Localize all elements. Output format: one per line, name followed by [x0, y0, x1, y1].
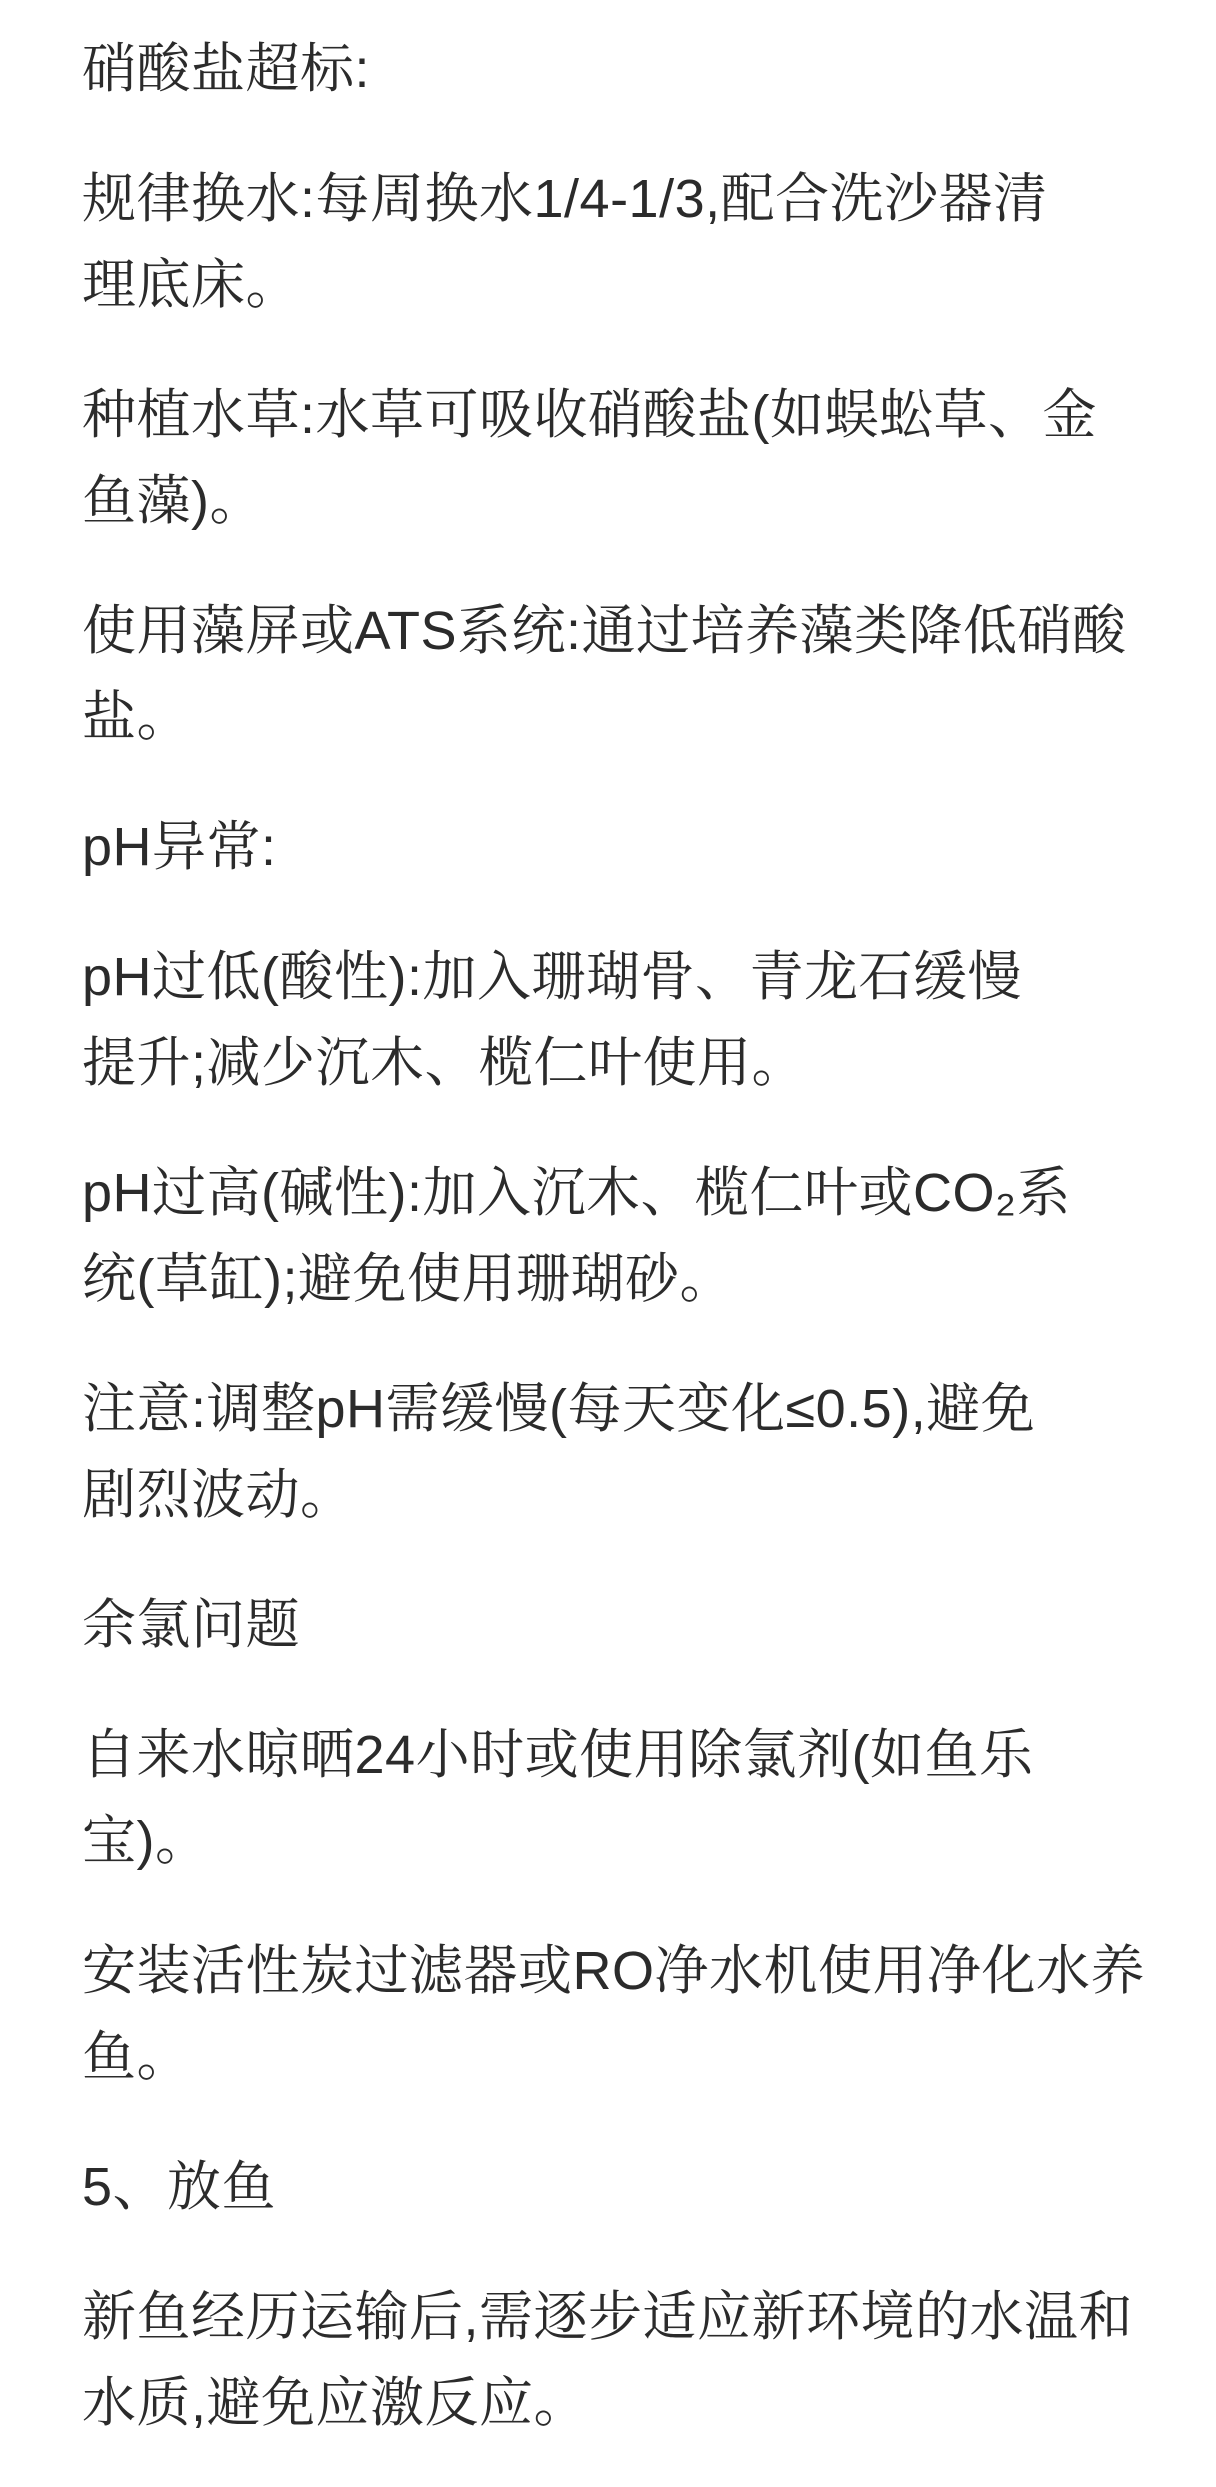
paragraph-line: 水质,避免应激反应。: [82, 2360, 1160, 2446]
paragraph-carbon-filter: 安装活性炭过滤器或RO净水机使用净化水养 鱼。: [82, 1928, 1160, 2100]
paragraph-water-change: 规律换水:每周换水1/4-1/3,配合洗沙器清 理底床。: [82, 156, 1160, 328]
paragraph-line: 自来水晾晒24小时或使用除氯剂(如鱼乐: [82, 1712, 1160, 1798]
paragraph-line: 鱼藻)。: [82, 458, 1160, 544]
article-content: 硝酸盐超标: 规律换水:每周换水1/4-1/3,配合洗沙器清 理底床。 种植水草…: [0, 0, 1216, 2446]
paragraph-line: 硝酸盐超标:: [82, 26, 1160, 112]
paragraph-line: 注意:调整pH需缓慢(每天变化≤0.5),避免: [82, 1366, 1160, 1452]
paragraph-tap-water: 自来水晾晒24小时或使用除氯剂(如鱼乐 宝)。: [82, 1712, 1160, 1884]
paragraph-ats-system: 使用藻屏或ATS系统:通过培养藻类降低硝酸 盐。: [82, 588, 1160, 760]
paragraph-line: 提升;减少沉木、榄仁叶使用。: [82, 1020, 1160, 1106]
paragraph-line: pH异常:: [82, 804, 1160, 890]
paragraph-line: 统(草缸);避免使用珊瑚砂。: [82, 1236, 1160, 1322]
paragraph-line: 新鱼经历运输后,需逐步适应新环境的水温和: [82, 2274, 1160, 2360]
paragraph-ph-high: pH过高(碱性):加入沉木、榄仁叶或CO₂系 统(草缸);避免使用珊瑚砂。: [82, 1150, 1160, 1322]
paragraph-ph-caution: 注意:调整pH需缓慢(每天变化≤0.5),避免 剧烈波动。: [82, 1366, 1160, 1538]
paragraph-line: 剧烈波动。: [82, 1452, 1160, 1538]
paragraph-line: 宝)。: [82, 1798, 1160, 1884]
paragraph-line: 种植水草:水草可吸收硝酸盐(如蜈蚣草、金: [82, 372, 1160, 458]
paragraph-ph-low: pH过低(酸性):加入珊瑚骨、青龙石缓慢 提升;减少沉木、榄仁叶使用。: [82, 934, 1160, 1106]
paragraph-acclimation: 新鱼经历运输后,需逐步适应新环境的水温和 水质,避免应激反应。: [82, 2274, 1160, 2446]
paragraph-line: 安装活性炭过滤器或RO净水机使用净化水养: [82, 1928, 1160, 2014]
paragraph-line: 5、放鱼: [82, 2144, 1160, 2230]
paragraph-add-fish-heading: 5、放鱼: [82, 2144, 1160, 2230]
paragraph-line: 理底床。: [82, 242, 1160, 328]
paragraph-line: pH过高(碱性):加入沉木、榄仁叶或CO₂系: [82, 1150, 1160, 1236]
paragraph-line: 使用藻屏或ATS系统:通过培养藻类降低硝酸: [82, 588, 1160, 674]
paragraph-line: 盐。: [82, 674, 1160, 760]
paragraph-ph-heading: pH异常:: [82, 804, 1160, 890]
paragraph-plants: 种植水草:水草可吸收硝酸盐(如蜈蚣草、金 鱼藻)。: [82, 372, 1160, 544]
paragraph-line: 规律换水:每周换水1/4-1/3,配合洗沙器清: [82, 156, 1160, 242]
paragraph-line: 鱼。: [82, 2014, 1160, 2100]
paragraph-line: 余氯问题: [82, 1582, 1160, 1668]
paragraph-line: pH过低(酸性):加入珊瑚骨、青龙石缓慢: [82, 934, 1160, 1020]
paragraph-nitrate-heading: 硝酸盐超标:: [82, 26, 1160, 112]
paragraph-chlorine-heading: 余氯问题: [82, 1582, 1160, 1668]
